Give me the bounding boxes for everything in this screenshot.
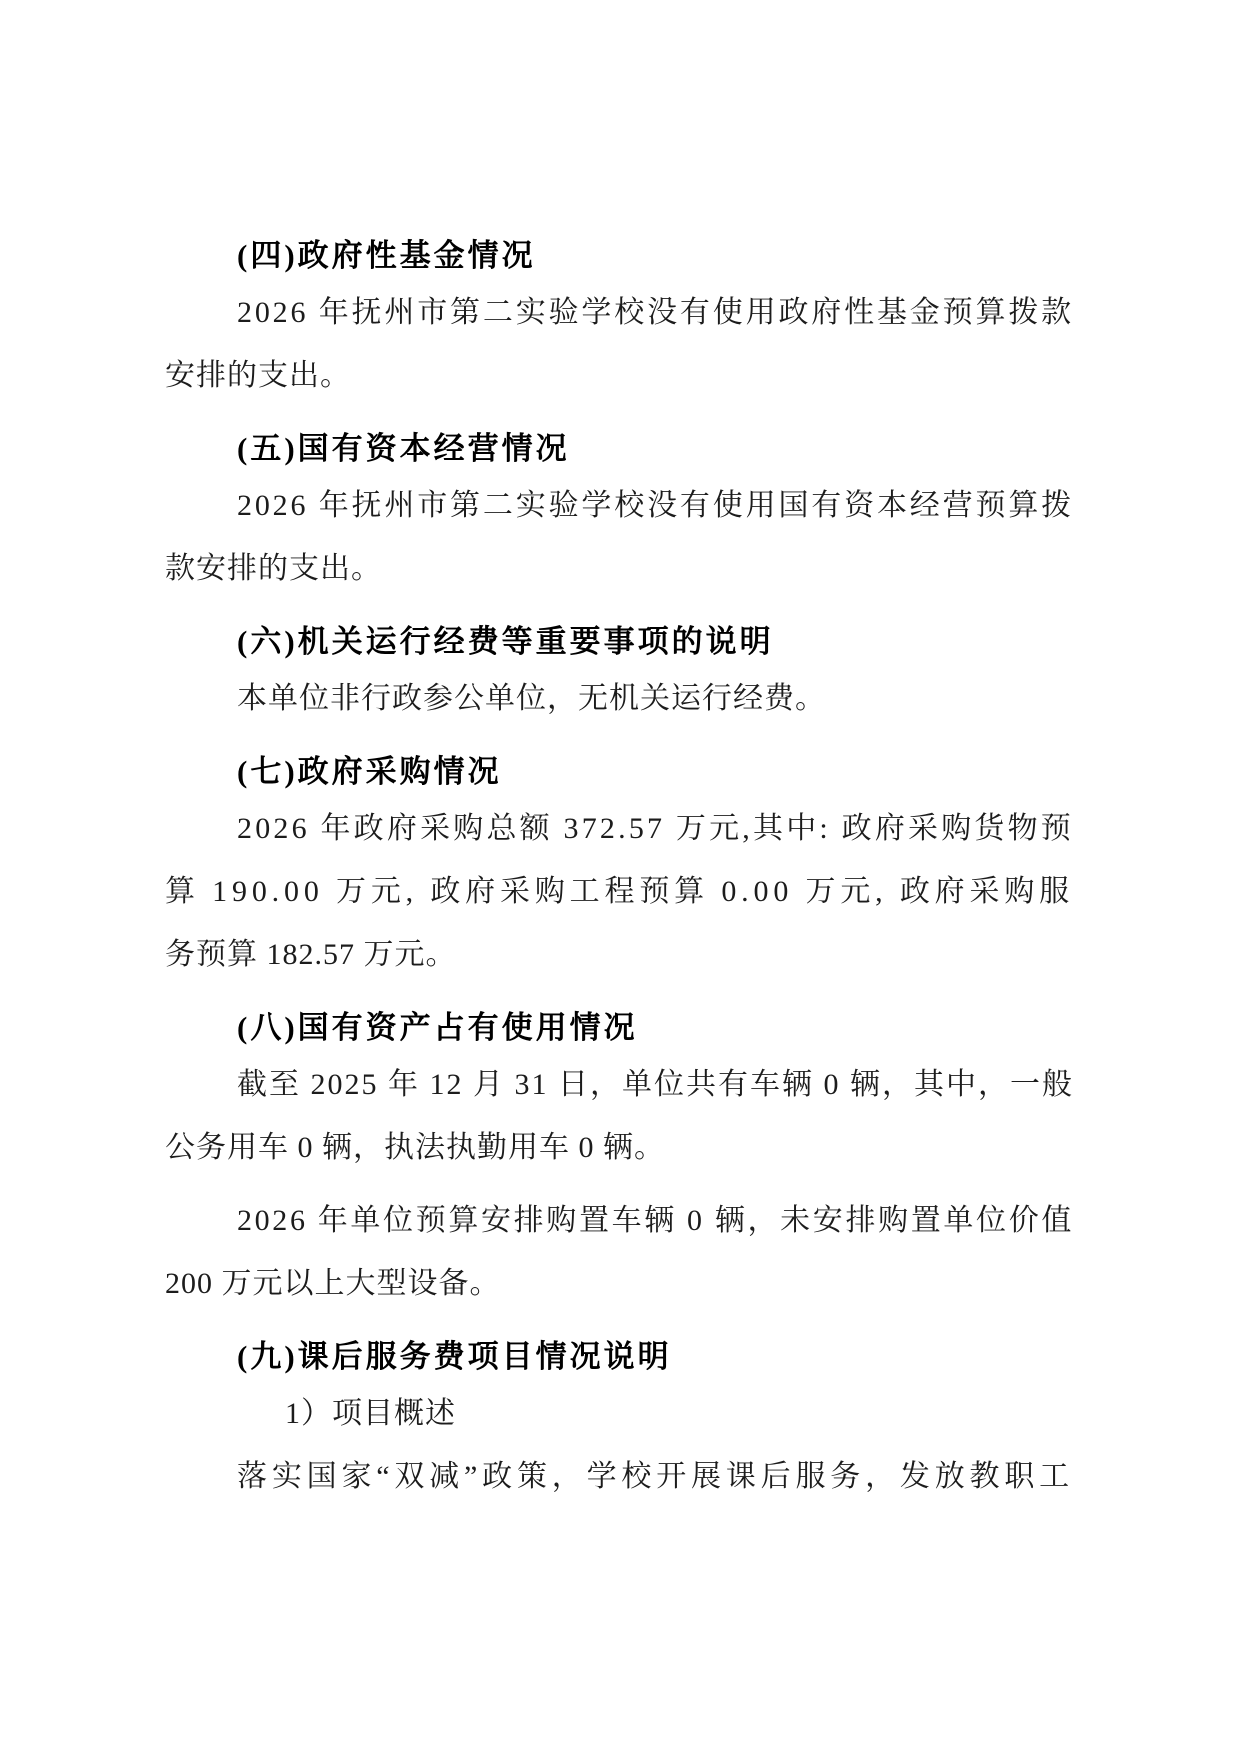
- line-text: 截至 2025 年 12 月 31 日，单位共有车辆 0 辆，其中，一般: [237, 1068, 1074, 1101]
- paragraph-line: 2026 年单位预算安排购置车辆 0 辆，未安排购置单位价值: [165, 1189, 1074, 1252]
- paragraph-line: 安排的支出。: [165, 344, 1074, 407]
- section-heading-7: (七)政府采购情况: [165, 740, 1074, 803]
- line-text: 务预算 182.57 万元。: [165, 938, 457, 971]
- paragraph-line: 落实国家“双减”政策，学校开展课后服务，发放教职工: [165, 1445, 1074, 1508]
- heading-text: (八)国有资产占有使用情况: [237, 1010, 638, 1045]
- line-text: 2026 年单位预算安排购置车辆 0 辆，未安排购置单位价值: [237, 1204, 1074, 1237]
- line-text: 2026 年抚州市第二实验学校没有使用国有资本经营预算拨: [237, 489, 1074, 522]
- line-text: 款安排的支出。: [165, 552, 382, 585]
- section-heading-9: (九)课后服务费项目情况说明: [165, 1325, 1074, 1388]
- line-text: 1）项目概述: [285, 1397, 456, 1430]
- list-item-line: 1）项目概述: [165, 1382, 1074, 1445]
- line-text: 2026 年政府采购总额 372.57 万元,其中: 政府采购货物预: [237, 812, 1074, 845]
- line-text: 200 万元以上大型设备。: [165, 1267, 501, 1300]
- paragraph-line: 2026 年抚州市第二实验学校没有使用国有资本经营预算拨: [165, 474, 1074, 537]
- paragraph-line: 算 190.00 万元, 政府采购工程预算 0.00 万元, 政府采购服: [165, 860, 1074, 923]
- heading-text: (五)国有资本经营情况: [237, 431, 570, 466]
- paragraph-line: 公务用车 0 辆，执法执勤用车 0 辆。: [165, 1116, 1074, 1179]
- paragraph-line: 2026 年政府采购总额 372.57 万元,其中: 政府采购货物预: [165, 797, 1074, 860]
- line-text: 本单位非行政参公单位，无机关运行经费。: [237, 682, 826, 715]
- line-text: 算 190.00 万元, 政府采购工程预算 0.00 万元, 政府采购服: [165, 875, 1074, 908]
- paragraph-line: 截至 2025 年 12 月 31 日，单位共有车辆 0 辆，其中，一般: [165, 1053, 1074, 1116]
- section-heading-6: (六)机关运行经费等重要事项的说明: [165, 610, 1074, 673]
- paragraph-line: 200 万元以上大型设备。: [165, 1252, 1074, 1315]
- document-page: (四)政府性基金情况 2026 年抚州市第二实验学校没有使用政府性基金预算拨款 …: [0, 0, 1241, 1754]
- line-text: 安排的支出。: [165, 359, 351, 392]
- line-text: 落实国家“双减”政策，学校开展课后服务，发放教职工: [237, 1460, 1074, 1493]
- paragraph-line: 2026 年抚州市第二实验学校没有使用政府性基金预算拨款: [165, 281, 1074, 344]
- heading-text: (六)机关运行经费等重要事项的说明: [237, 624, 774, 659]
- heading-text: (九)课后服务费项目情况说明: [237, 1339, 672, 1374]
- document-body: (四)政府性基金情况 2026 年抚州市第二实验学校没有使用政府性基金预算拨款 …: [165, 214, 1074, 1508]
- section-heading-4: (四)政府性基金情况: [165, 224, 1074, 287]
- section-heading-8: (八)国有资产占有使用情况: [165, 996, 1074, 1059]
- line-text: 公务用车 0 辆，执法执勤用车 0 辆。: [165, 1131, 665, 1164]
- section-heading-5: (五)国有资本经营情况: [165, 417, 1074, 480]
- paragraph-line: 务预算 182.57 万元。: [165, 923, 1074, 986]
- line-text: 2026 年抚州市第二实验学校没有使用政府性基金预算拨款: [237, 296, 1074, 329]
- paragraph-line: 本单位非行政参公单位，无机关运行经费。: [165, 667, 1074, 730]
- paragraph-line: 款安排的支出。: [165, 537, 1074, 600]
- heading-text: (七)政府采购情况: [237, 754, 502, 789]
- heading-text: (四)政府性基金情况: [237, 238, 536, 273]
